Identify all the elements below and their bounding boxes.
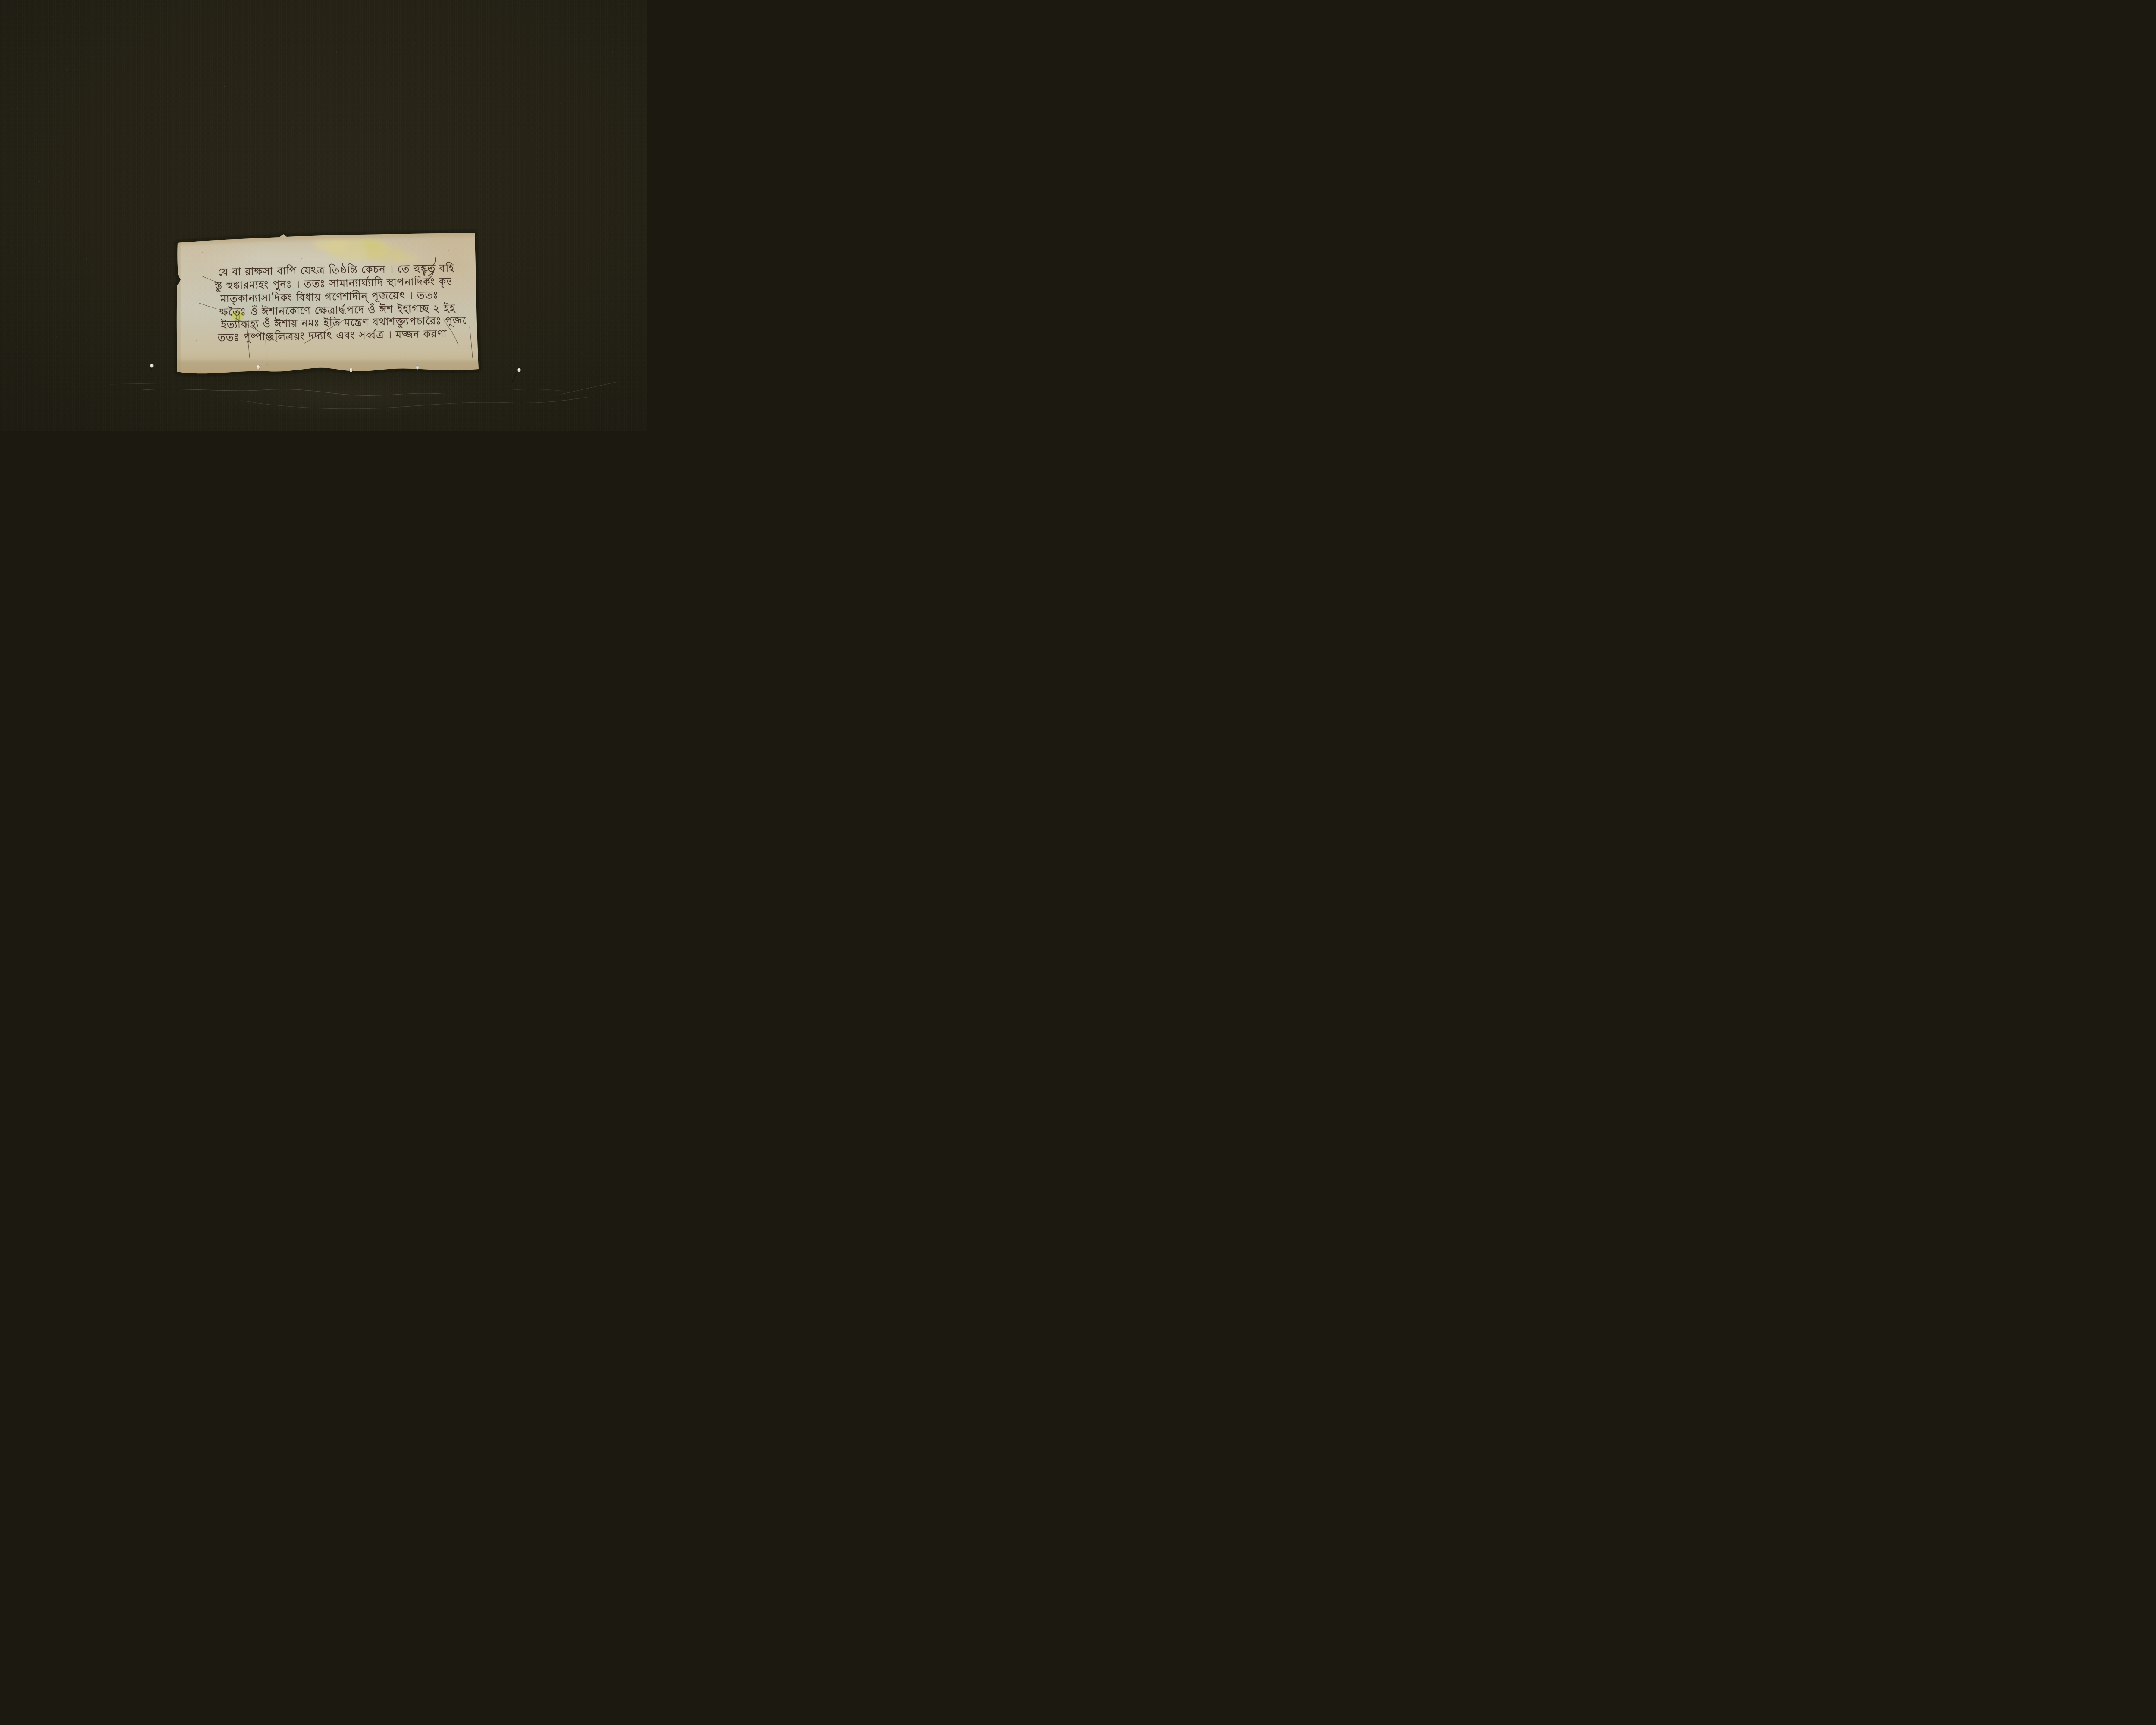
photograph-of-manuscript: যে বা রাক্ষসা বাপি যেঽত্র তিষ্ঠন্তি কেচন… (0, 0, 647, 431)
pin-icon (512, 368, 521, 383)
pin-icon (349, 368, 352, 381)
pin-icon (257, 365, 260, 369)
mat-scratches (110, 382, 616, 409)
manuscript-text-block: যে বা রাক্ষসা বাপি যেঽত্র তিষ্ঠন্তি কেচন… (214, 261, 474, 352)
mat-seams (241, 372, 367, 431)
scene-drawing (0, 0, 647, 431)
pin-icon (150, 364, 154, 371)
pin-icon (416, 365, 419, 369)
